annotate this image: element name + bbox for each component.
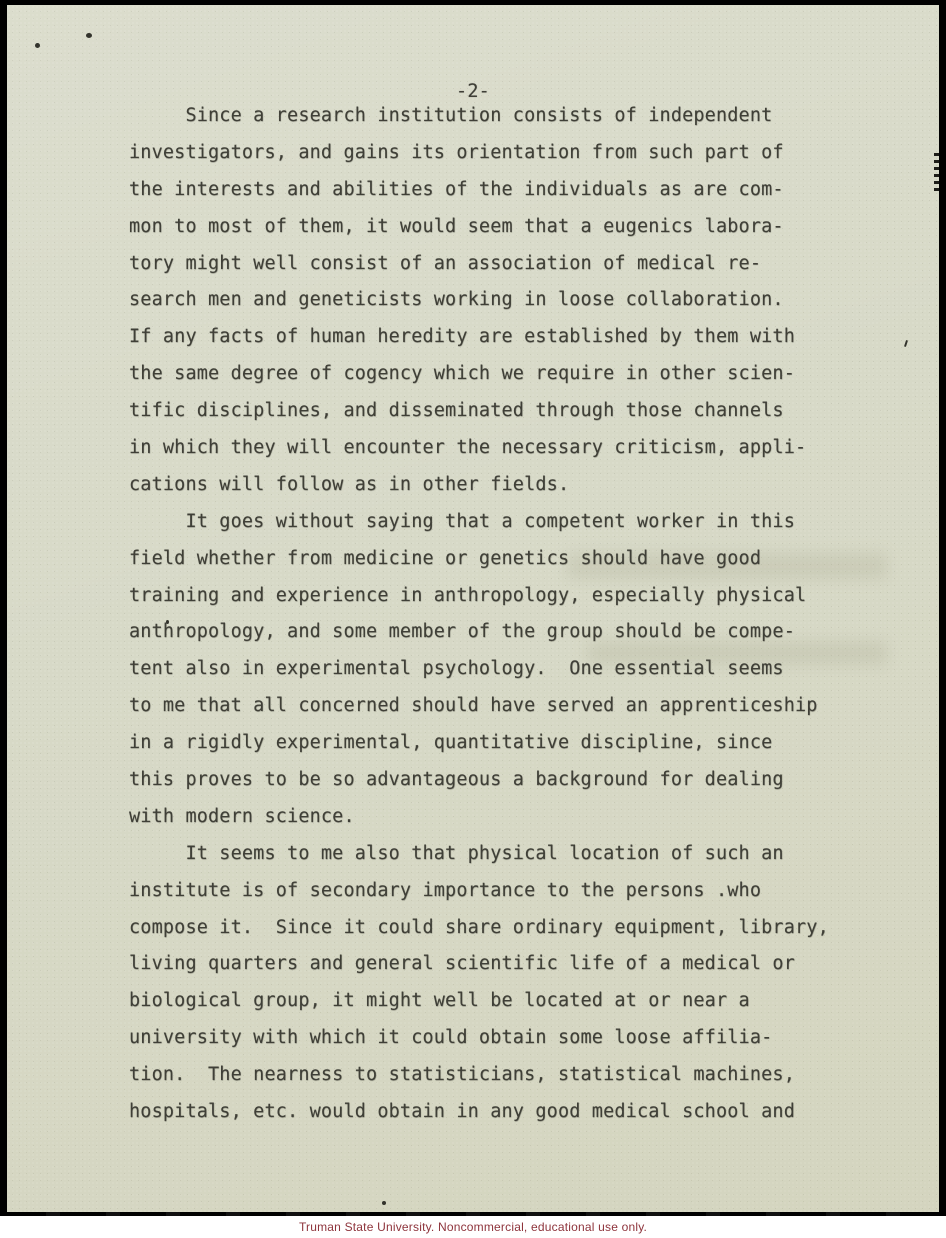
typed-line: It seems to me also that physical locati… bbox=[129, 836, 829, 873]
typed-line: If any facts of human heredity are estab… bbox=[129, 319, 829, 356]
typed-line: mon to most of them, it would seem that … bbox=[129, 209, 829, 246]
typed-line: biological group, it might well be locat… bbox=[129, 983, 829, 1020]
typed-line: the interests and abilities of the indiv… bbox=[129, 172, 829, 209]
typed-line: tion. The nearness to statisticians, sta… bbox=[129, 1057, 829, 1094]
typed-line: with modern science. bbox=[129, 799, 829, 836]
paper-speck bbox=[382, 1201, 386, 1205]
typed-line: search men and geneticists working in lo… bbox=[129, 282, 829, 319]
paper-speck bbox=[166, 620, 169, 624]
typed-line: It goes without saying that a competent … bbox=[129, 504, 829, 541]
typed-line: tific disciplines, and disseminated thro… bbox=[129, 393, 829, 430]
typed-line: cations will follow as in other fields. bbox=[129, 467, 829, 504]
document-page: -2- Since a research institution consist… bbox=[7, 5, 939, 1212]
right-edge-cutoff-marks bbox=[934, 153, 939, 195]
footer-strip: Truman State University. Noncommercial, … bbox=[0, 1216, 946, 1238]
scan-frame: -2- Since a research institution consist… bbox=[0, 0, 946, 1238]
typed-text-block: Since a research institution consists of… bbox=[129, 98, 829, 1131]
typed-line: tent also in experimental psychology. On… bbox=[129, 651, 829, 688]
typed-line: tory might well consist of an associatio… bbox=[129, 246, 829, 283]
paper-speck bbox=[35, 43, 40, 48]
typed-line: living quarters and general scientific l… bbox=[129, 946, 829, 983]
typed-line: to me that all concerned should have ser… bbox=[129, 688, 829, 725]
footer-caption: Truman State University. Noncommercial, … bbox=[0, 1216, 946, 1238]
typed-line: in which they will encounter the necessa… bbox=[129, 430, 829, 467]
typed-line: training and experience in anthropology,… bbox=[129, 578, 829, 615]
typed-line: field whether from medicine or genetics … bbox=[129, 541, 829, 578]
typed-line: in a rigidly experimental, quantitative … bbox=[129, 725, 829, 762]
typed-line: compose it. Since it could share ordinar… bbox=[129, 910, 829, 947]
typed-line: investigators, and gains its orientation… bbox=[129, 135, 829, 172]
typed-line: anthropology, and some member of the gro… bbox=[129, 614, 829, 651]
typed-line: this proves to be so advantageous a back… bbox=[129, 762, 829, 799]
paper-speck bbox=[86, 33, 92, 38]
typed-line: university with which it could obtain so… bbox=[129, 1020, 829, 1057]
typed-line: institute is of secondary importance to … bbox=[129, 873, 829, 910]
typed-line: Since a research institution consists of… bbox=[129, 98, 829, 135]
typed-line: hospitals, etc. would obtain in any good… bbox=[129, 1094, 829, 1131]
paper-speck bbox=[904, 340, 908, 347]
typed-line: the same degree of cogency which we requ… bbox=[129, 356, 829, 393]
